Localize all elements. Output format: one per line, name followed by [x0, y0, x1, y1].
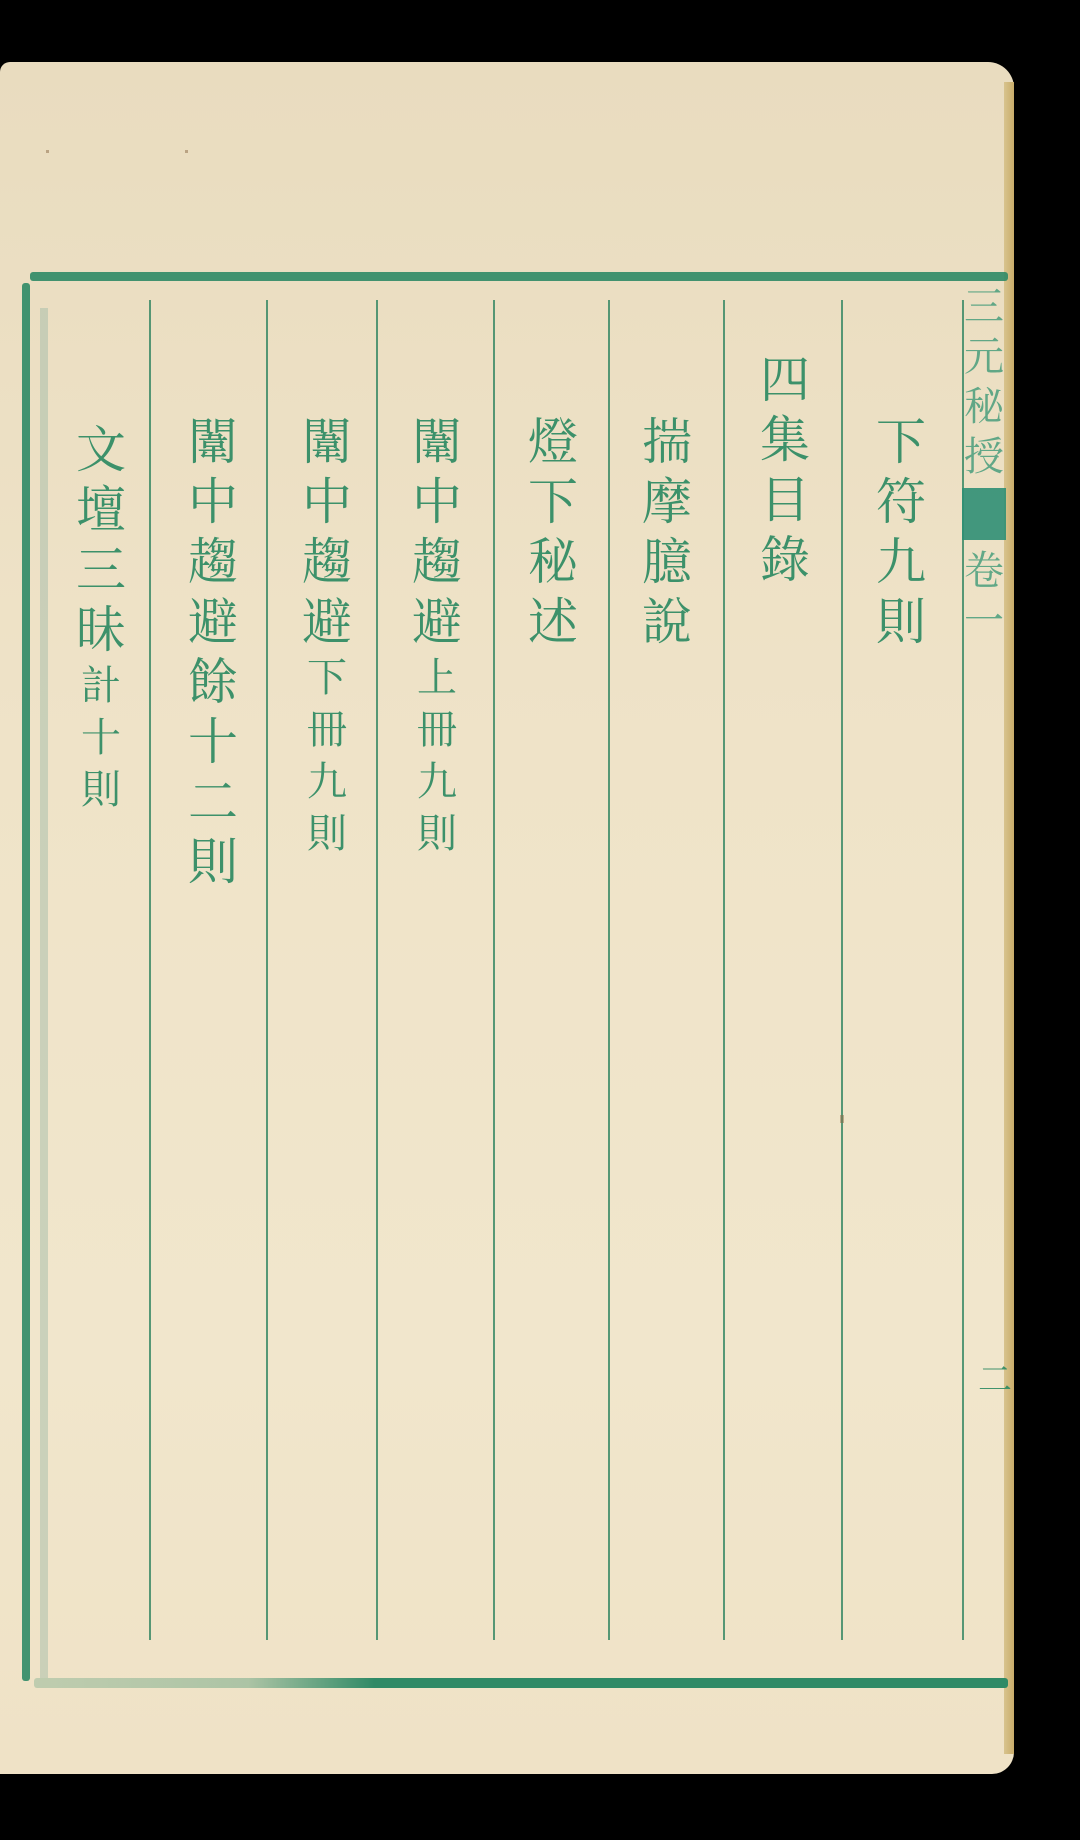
margin-title-char: 授 — [964, 432, 1004, 482]
book-margin-column: 三 元 秘 授 卷 一 — [962, 282, 1006, 1678]
column-rule — [493, 300, 495, 1640]
note-char: 計 — [81, 660, 121, 712]
column-rule — [608, 300, 610, 1640]
text-column-8: 文 壇 三 昧 計 十 則 — [46, 420, 156, 816]
frame-top-border — [30, 272, 1008, 281]
char: 闈 — [412, 412, 462, 472]
char: 文 — [76, 420, 126, 480]
note-char: 則 — [81, 764, 121, 816]
text-column-7: 闈 中 趨 避 餘 十 二 則 — [158, 412, 268, 892]
char: 述 — [528, 592, 578, 652]
char: 壇 — [76, 480, 126, 540]
char: 中 — [412, 472, 462, 532]
note-char: 十 — [81, 712, 121, 764]
page-number: 二 — [978, 1352, 1008, 1401]
margin-volume-char: 一 — [964, 596, 1004, 646]
char: 則 — [876, 592, 926, 652]
frame-left-border — [22, 283, 30, 1681]
text-column-2: 四 集 目 錄 — [730, 350, 840, 590]
margin-title-char: 秘 — [964, 382, 1004, 432]
note-char: 九 — [307, 756, 347, 808]
char: 九 — [876, 532, 926, 592]
char: 說 — [642, 592, 692, 652]
char: 下 — [528, 472, 578, 532]
paper-speck — [185, 150, 188, 153]
char: 趨 — [412, 532, 462, 592]
char: 三 — [76, 540, 126, 600]
paper-speck — [840, 1115, 844, 1123]
char: 十 — [188, 712, 238, 772]
note-char: 冊 — [307, 704, 347, 756]
note-char: 九 — [417, 756, 457, 808]
note-char: 下 — [307, 652, 347, 704]
char: 闈 — [188, 412, 238, 472]
text-column-5: 闈 中 趨 避 上 冊 九 則 — [382, 412, 492, 860]
column-rule — [841, 300, 843, 1640]
char: 臆 — [642, 532, 692, 592]
text-column-4: 燈 下 秘 述 — [498, 412, 608, 652]
char: 錄 — [760, 530, 810, 590]
margin-title-char: 三 — [964, 282, 1004, 332]
char: 中 — [302, 472, 352, 532]
char: 揣 — [642, 412, 692, 472]
fishtail-mark-icon — [962, 488, 1006, 540]
frame-bottom-border — [34, 1678, 1008, 1688]
paper-speck — [46, 150, 49, 153]
char: 則 — [188, 832, 238, 892]
char: 餘 — [188, 652, 238, 712]
char: 摩 — [642, 472, 692, 532]
char: 昧 — [76, 600, 126, 660]
text-column-1: 下 符 九 則 — [846, 412, 956, 652]
text-column-6: 闈 中 趨 避 下 冊 九 則 — [272, 412, 382, 860]
char: 符 — [876, 472, 926, 532]
char: 四 — [760, 350, 810, 410]
char: 秘 — [528, 532, 578, 592]
margin-title-char: 元 — [964, 332, 1004, 382]
column-rule — [723, 300, 725, 1640]
char: 集 — [760, 410, 810, 470]
char: 趨 — [188, 532, 238, 592]
note-char: 則 — [417, 808, 457, 860]
note-char: 則 — [307, 808, 347, 860]
text-column-3: 揣 摩 臆 說 — [612, 412, 722, 652]
note-char: 上 — [417, 652, 457, 704]
char: 目 — [760, 470, 810, 530]
char: 下 — [876, 412, 926, 472]
book-page — [0, 62, 1014, 1774]
char: 燈 — [528, 412, 578, 472]
char: 中 — [188, 472, 238, 532]
char: 避 — [302, 592, 352, 652]
note-char: 冊 — [417, 704, 457, 756]
char: 避 — [188, 592, 238, 652]
char: 闈 — [302, 412, 352, 472]
char: 趨 — [302, 532, 352, 592]
margin-volume-char: 卷 — [964, 546, 1004, 596]
char: 避 — [412, 592, 462, 652]
char: 二 — [188, 772, 238, 832]
